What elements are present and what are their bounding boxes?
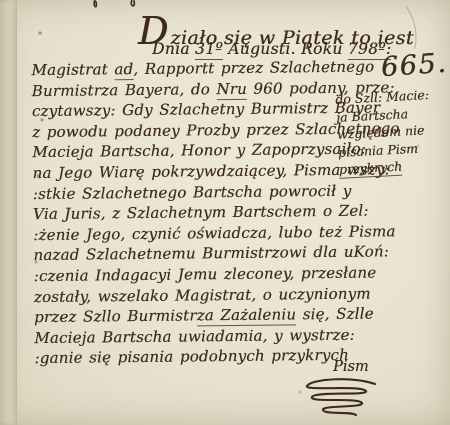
text-segment: :żenie Jego, czynić oświadcza, lubo też … <box>33 222 395 244</box>
text-segment: Macieja Bartscha, Honor y Zapoprzysaiło: <box>32 140 366 161</box>
text-segment: ja Bartscha <box>336 106 409 125</box>
text-segment: :czenia Indagacyi Jemu zleconey, przesła… <box>34 263 377 285</box>
text-segment: pisania Pism <box>338 140 419 159</box>
closing-word: Pism <box>333 359 369 375</box>
text-segment: do Szll: Macie: <box>335 87 429 107</box>
text-segment: za Zażaleniu <box>197 305 297 326</box>
text-segment: , Rapportt przez Szlachetnego <box>133 58 374 79</box>
text-segment: Augusti. Roku <box>223 40 348 58</box>
text-segment: Via Juris, z Szlachetnym Bartschem o Zel… <box>33 202 369 224</box>
text-segment: :stkie Szlachetnego Bartscha powrocił y <box>33 181 352 202</box>
manuscript-page: Działo się w Piątek to iest Dnia 31º Aug… <box>0 0 450 425</box>
text-segment: Dnia <box>152 40 195 58</box>
text-segment: ad <box>114 60 133 80</box>
text-segment: :ganie się pisania podobnych przykrych <box>34 346 349 367</box>
text-segment: Macieja Bartscha uwiadamia, y wystrze: <box>34 325 355 346</box>
text-segment: przez Szllo Burmistr <box>34 307 197 327</box>
text-segment: się, Szlle <box>296 305 374 324</box>
text-segment: przykrych <box>339 159 403 179</box>
signature-flourish-icon <box>299 377 383 423</box>
margin-annotation: do Szll: Macie: ja Bartscha względem nie… <box>335 85 450 178</box>
text-segment: nazad Szlachetnemu Burmistrzowi dla uKoń… <box>33 243 389 265</box>
header-day-line: Dnia 31º Augusti. Roku 798º: <box>152 40 391 58</box>
text-segment: na Jego Wiarę pokrzywdzaiącey, Pisma wsz… <box>32 160 390 182</box>
text-segment: zostały, wszelako Magistrat, o uczyniony… <box>34 284 371 306</box>
binding-gutter <box>0 0 17 425</box>
text-segment: 31º <box>195 40 223 60</box>
text-segment: Magistrat <box>31 60 114 79</box>
manuscript-line: :ganie się pisania podobnych przykrych <box>34 345 434 370</box>
text-segment: Nru <box>216 79 247 99</box>
text-segment: Burmistrza Bayera, do <box>32 80 217 100</box>
text-segment: czytawszy: Gdy Szlachetny Burmistrz Baye… <box>32 99 380 121</box>
